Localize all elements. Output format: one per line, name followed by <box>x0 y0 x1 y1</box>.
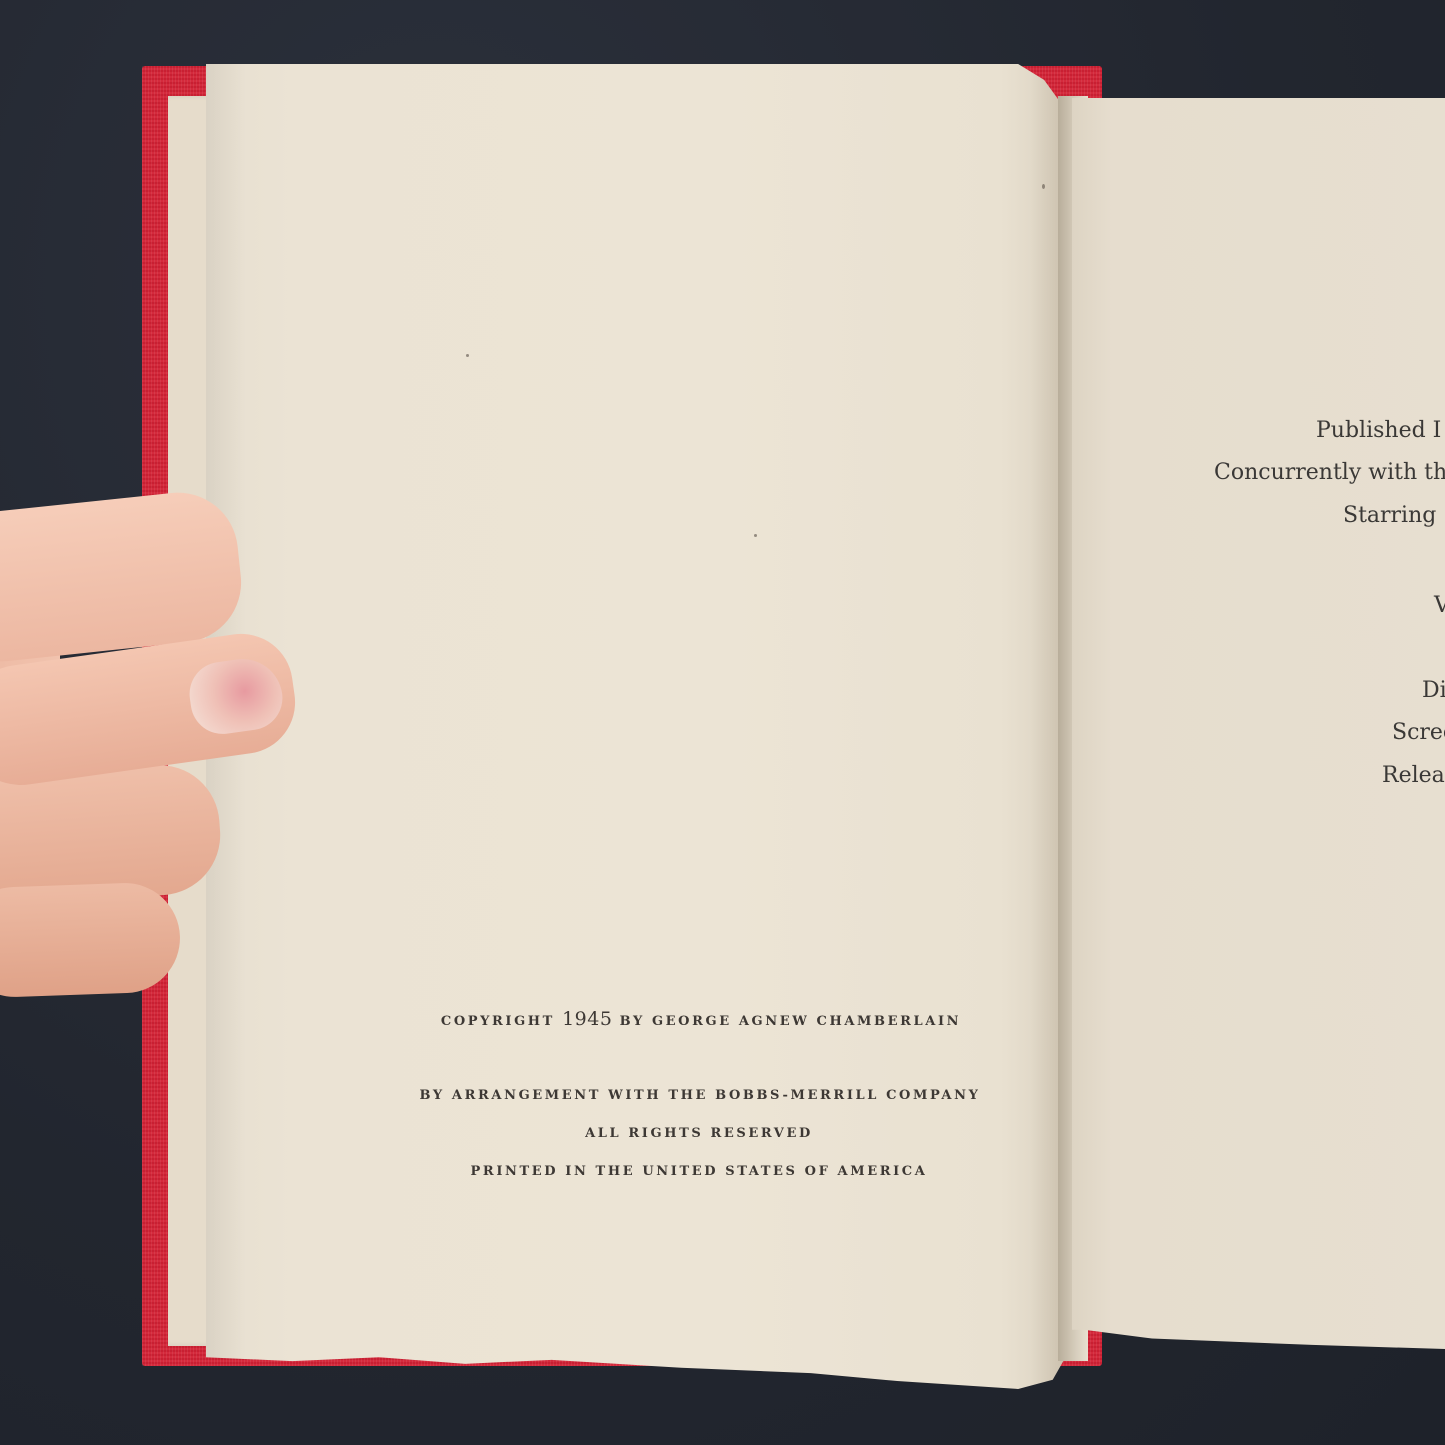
ring-finger <box>0 881 182 999</box>
right-page-line: Starring <box>1343 503 1436 528</box>
right-page-line: V <box>1434 593 1445 618</box>
paper-speck <box>466 354 469 357</box>
copyright-prefix: COPYRIGHT <box>441 1014 555 1029</box>
right-page-line: Di <box>1422 678 1445 703</box>
photo-background: Published I Concurrently with th Starrin… <box>0 0 1445 1445</box>
copyright-line: COPYRIGHT 1945 BY GEORGE AGNEW CHAMBERLA… <box>441 1008 961 1030</box>
right-page-line: Concurrently with th <box>1214 460 1445 485</box>
copyright-author: BY GEORGE AGNEW CHAMBERLAIN <box>620 1014 962 1029</box>
arrangement-line: BY ARRANGEMENT WITH THE BOBBS-MERRILL CO… <box>420 1088 981 1103</box>
right-page-line: Scree <box>1392 720 1445 745</box>
right-page-title-verso: Published I Concurrently with th Starrin… <box>1072 98 1445 1360</box>
copyright-year: 1945 <box>562 1008 612 1030</box>
printed-line: PRINTED IN THE UNITED STATES OF AMERICA <box>471 1164 928 1179</box>
paper-speck <box>1042 184 1045 189</box>
left-page-copyright <box>206 64 1070 1389</box>
hand-holding-book <box>0 500 300 980</box>
right-page-line: Relea <box>1382 763 1445 788</box>
paper-speck <box>754 534 757 537</box>
rights-line: ALL RIGHTS RESERVED <box>585 1126 813 1141</box>
right-page-line: Published I <box>1316 418 1441 443</box>
